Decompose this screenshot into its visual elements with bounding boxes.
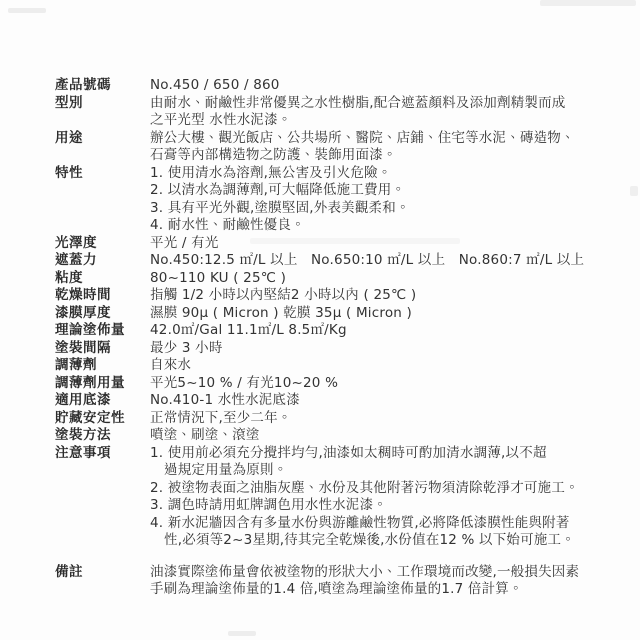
spec-value-line: 正常情況下,至少二年。 bbox=[150, 410, 635, 428]
spec-value: 辦公大樓、觀光飯店、公共場所、醫院、店鋪、住宅等水泥、磚造物、石膏等內部構造物之… bbox=[150, 130, 635, 165]
spec-row: 備註油漆實際塗佈量會依被塗物的形狀大小、工作環境而改變,一般損失因素手刷為理論塗… bbox=[55, 564, 635, 599]
spec-value: 油漆實際塗佈量會依被塗物的形狀大小、工作環境而改變,一般損失因素手刷為理論塗佈量… bbox=[150, 564, 635, 599]
spec-value-line: 手刷為理論塗佈量的1.4 倍,噴塗為理論塗佈量的1.7 倍計算。 bbox=[150, 581, 635, 599]
spec-value: 噴塗、刷塗、滾塗 bbox=[150, 427, 635, 445]
spec-label: 調薄劑用量 bbox=[55, 375, 150, 393]
spec-value-line: 指觸 1/2 小時以內堅結2 小時以內 ( 25℃ ) bbox=[150, 287, 635, 305]
spec-value-line: 最少 3 小時 bbox=[150, 340, 635, 358]
scan-artifact bbox=[8, 8, 46, 13]
spec-value-line: 平光5~10 % / 有光10~20 % bbox=[150, 375, 635, 393]
spec-value-line: No.450:12.5 ㎡/L 以上 No.650:10 ㎡/L 以上 No.8… bbox=[150, 252, 635, 270]
scan-artifact bbox=[250, 238, 460, 244]
spec-value: 濕膜 90μ ( Micron ) 乾膜 35μ ( Micron ) bbox=[150, 305, 635, 323]
spec-label: 適用底漆 bbox=[55, 392, 150, 410]
spec-value: 正常情況下,至少二年。 bbox=[150, 410, 635, 428]
spec-value-line: 80~110 KU ( 25℃ ) bbox=[150, 270, 635, 288]
spec-label: 理論塗佈量 bbox=[55, 322, 150, 340]
spec-value-line: 過規定用量為原則。 bbox=[150, 462, 635, 480]
spec-label: 備註 bbox=[55, 564, 150, 582]
spec-value-line: 4. 新水泥牆因含有多量水份與游離鹼性物質,必將降低漆膜性能與附著 bbox=[150, 515, 635, 533]
product-spec-sheet: 產品號碼No.450 / 650 / 860型別由耐水、耐鹼性非常優異之水性樹脂… bbox=[0, 0, 640, 640]
spec-label: 產品號碼 bbox=[55, 77, 150, 95]
spec-row: 漆膜厚度濕膜 90μ ( Micron ) 乾膜 35μ ( Micron ) bbox=[55, 305, 635, 323]
spec-label: 粘度 bbox=[55, 270, 150, 288]
spec-label: 調薄劑 bbox=[55, 357, 150, 375]
spec-label: 漆膜厚度 bbox=[55, 305, 150, 323]
spec-value-line: 2. 被塗物表面之油脂灰塵、水份及其他附著污物須清除乾淨才可施工。 bbox=[150, 480, 635, 498]
spec-row: 塗裝方法噴塗、刷塗、滾塗 bbox=[55, 427, 635, 445]
spec-value-line: 油漆實際塗佈量會依被塗物的形狀大小、工作環境而改變,一般損失因素 bbox=[150, 564, 635, 582]
spec-value-line: 4. 耐水性、耐鹼性優良。 bbox=[150, 217, 635, 235]
spec-label: 遮蓋力 bbox=[55, 252, 150, 270]
spec-row: 用途辦公大樓、觀光飯店、公共場所、醫院、店鋪、住宅等水泥、磚造物、石膏等內部構造… bbox=[55, 130, 635, 165]
spec-label: 用途 bbox=[55, 130, 150, 148]
spec-label: 注意事項 bbox=[55, 445, 150, 463]
spec-label: 光澤度 bbox=[55, 235, 150, 253]
spec-value-line: 性,必須等2~3星期,待其完全乾燥後,水份值在12 % 以下始可施工。 bbox=[150, 532, 635, 550]
spec-value-line: 3. 調色時請用虹牌調色用水性水泥漆。 bbox=[150, 497, 635, 515]
spec-value-line: 2. 以清水為調薄劑,可大幅降低施工費用。 bbox=[150, 182, 635, 200]
spec-label: 貯藏安定性 bbox=[55, 410, 150, 428]
spec-value: 42.0㎡/Gal 11.1㎡/L 8.5㎡/Kg bbox=[150, 322, 635, 340]
spec-table: 產品號碼No.450 / 650 / 860型別由耐水、耐鹼性非常優異之水性樹脂… bbox=[55, 77, 635, 599]
spec-value-line: 之平光型 水性水泥漆。 bbox=[150, 112, 635, 130]
spec-row: 調薄劑用量平光5~10 % / 有光10~20 % bbox=[55, 375, 635, 393]
spec-value-line: No.410-1 水性水泥底漆 bbox=[150, 392, 635, 410]
scan-artifact bbox=[630, 186, 638, 196]
spec-value: 指觸 1/2 小時以內堅結2 小時以內 ( 25℃ ) bbox=[150, 287, 635, 305]
spec-value-line: 石膏等內部構造物之防護、裝飾用面漆。 bbox=[150, 147, 635, 165]
spec-value-line: 1. 使用清水為溶劑,無公害及引火危險。 bbox=[150, 165, 635, 183]
spec-row: 粘度80~110 KU ( 25℃ ) bbox=[55, 270, 635, 288]
spec-row: 乾燥時間指觸 1/2 小時以內堅結2 小時以內 ( 25℃ ) bbox=[55, 287, 635, 305]
spec-row: 注意事項1. 使用前必須充分攪拌均勻,油漆如太稠時可酌加清水調薄,以不超過規定用… bbox=[55, 445, 635, 550]
spec-value-line: 自來水 bbox=[150, 357, 635, 375]
spec-value-line: 3. 具有平光外觀,塗膜堅固,外表美觀柔和。 bbox=[150, 200, 635, 218]
spec-row: 塗裝間隔最少 3 小時 bbox=[55, 340, 635, 358]
spec-value-line: 由耐水、耐鹼性非常優異之水性樹脂,配合遮蓋顏料及添加劑精製而成 bbox=[150, 95, 635, 113]
spec-value-line: 辦公大樓、觀光飯店、公共場所、醫院、店鋪、住宅等水泥、磚造物、 bbox=[150, 130, 635, 148]
spec-label: 型別 bbox=[55, 95, 150, 113]
spec-row: 產品號碼No.450 / 650 / 860 bbox=[55, 77, 635, 95]
spec-label: 塗裝間隔 bbox=[55, 340, 150, 358]
scan-artifact bbox=[540, 0, 636, 6]
spec-row: 特性1. 使用清水為溶劑,無公害及引火危險。2. 以清水為調薄劑,可大幅降低施工… bbox=[55, 165, 635, 235]
spec-value: 80~110 KU ( 25℃ ) bbox=[150, 270, 635, 288]
spec-value: 1. 使用前必須充分攪拌均勻,油漆如太稠時可酌加清水調薄,以不超過規定用量為原則… bbox=[150, 445, 635, 550]
spec-row: 遮蓋力No.450:12.5 ㎡/L 以上 No.650:10 ㎡/L 以上 N… bbox=[55, 252, 635, 270]
spec-row: 調薄劑自來水 bbox=[55, 357, 635, 375]
spec-value-line: 噴塗、刷塗、滾塗 bbox=[150, 427, 635, 445]
spec-value: No.410-1 水性水泥底漆 bbox=[150, 392, 635, 410]
spec-value-line: No.450 / 650 / 860 bbox=[150, 77, 635, 95]
spec-row: 適用底漆No.410-1 水性水泥底漆 bbox=[55, 392, 635, 410]
spec-value-line: 濕膜 90μ ( Micron ) 乾膜 35μ ( Micron ) bbox=[150, 305, 635, 323]
spec-value: No.450 / 650 / 860 bbox=[150, 77, 635, 95]
spec-value: 1. 使用清水為溶劑,無公害及引火危險。2. 以清水為調薄劑,可大幅降低施工費用… bbox=[150, 165, 635, 235]
spec-row: 貯藏安定性正常情況下,至少二年。 bbox=[55, 410, 635, 428]
spec-label: 特性 bbox=[55, 165, 150, 183]
spec-label: 乾燥時間 bbox=[55, 287, 150, 305]
spec-row: 型別由耐水、耐鹼性非常優異之水性樹脂,配合遮蓋顏料及添加劑精製而成之平光型 水性… bbox=[55, 95, 635, 130]
scan-artifact bbox=[228, 631, 256, 636]
spec-value: 平光5~10 % / 有光10~20 % bbox=[150, 375, 635, 393]
spec-row: 理論塗佈量42.0㎡/Gal 11.1㎡/L 8.5㎡/Kg bbox=[55, 322, 635, 340]
spec-value: No.450:12.5 ㎡/L 以上 No.650:10 ㎡/L 以上 No.8… bbox=[150, 252, 635, 270]
spec-value: 由耐水、耐鹼性非常優異之水性樹脂,配合遮蓋顏料及添加劑精製而成之平光型 水性水泥… bbox=[150, 95, 635, 130]
spec-value: 最少 3 小時 bbox=[150, 340, 635, 358]
spec-value-line: 42.0㎡/Gal 11.1㎡/L 8.5㎡/Kg bbox=[150, 322, 635, 340]
spec-value: 自來水 bbox=[150, 357, 635, 375]
spec-value-line: 1. 使用前必須充分攪拌均勻,油漆如太稠時可酌加清水調薄,以不超 bbox=[150, 445, 635, 463]
spec-label: 塗裝方法 bbox=[55, 427, 150, 445]
